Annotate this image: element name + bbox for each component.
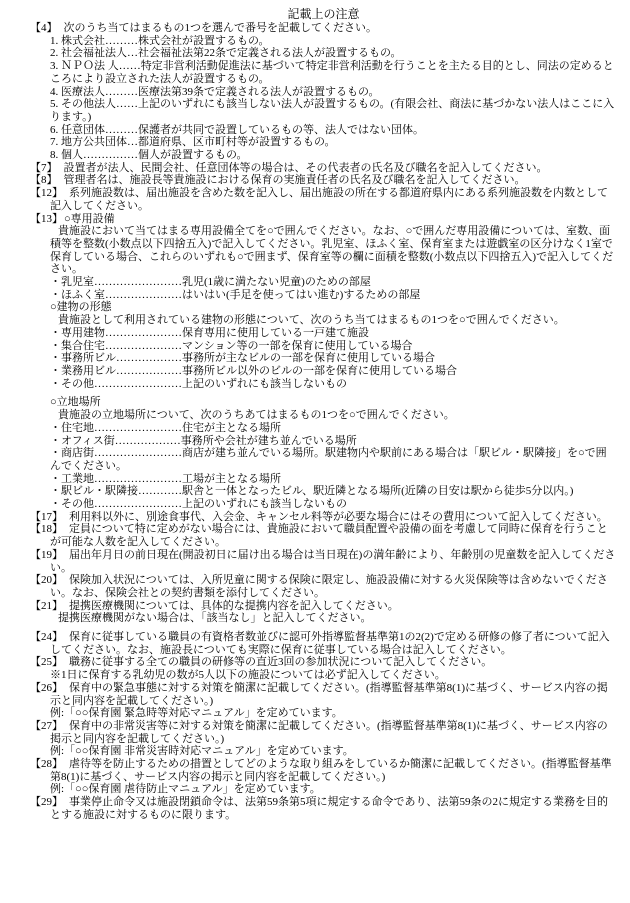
paragraph: ※1日に保育する乳幼児の数が5人以下の施設については必ず記入してください。 <box>50 669 617 682</box>
item-text: 保育中の非常災害等に対する対策を簡潔に記載してください。(指導監督基準第8(1)… <box>50 720 608 745</box>
numbered-item: 【21】提携医療機関については、具体的な提携内容を記入してください。 <box>50 600 617 613</box>
list-line: 6. 任意団体………保護者が共同で設置しているもの等、法人ではない団体。 <box>50 124 617 137</box>
item-text: 貴施設として利用されている建物の形態について、次のうち当てはまるもの1つを○で囲… <box>58 314 565 326</box>
item-text: 保育に従事している職員の有資格者数並びに認可外指導監督基準第1の2(2)で定める… <box>50 631 610 656</box>
item-text: ・住宅地……………………住宅が主となる場所 <box>50 422 281 434</box>
item-text: 事業停止命令又は施設閉鎖命令は、法第59条第5項に規定する命令であり、法第59条… <box>50 796 608 821</box>
item-number: 【20】 <box>30 574 63 586</box>
item-text: 6. 任意団体………保護者が共同で設置しているもの等、法人ではない団体。 <box>50 124 424 136</box>
notes-document-page: 記載上の注意 【4】次のうち当てはまるもの1つを選んで番号を記載してください。1… <box>0 0 630 903</box>
item-text: 次のうち当てはまるもの1つを選んで番号を記載してください。 <box>64 22 378 34</box>
paragraph: 貴施設において当てはまる専用設備全てを○で囲んでください。なお、○で囲んだ専用設… <box>50 225 617 276</box>
item-text: ・駅ビル・駅隣接…………駅舎と一体となったビル、駅近隣となる場所(近隣の目安は駅… <box>50 485 573 497</box>
item-number: 【4】 <box>30 22 58 34</box>
document-body: 【4】次のうち当てはまるもの1つを選んで番号を記載してください。1. 株式会社…… <box>30 22 617 822</box>
list-line: ・ほふく室…………………はいはい(手足を使ってはい進む)するための部屋 <box>50 289 617 302</box>
list-line: ・集合住宅…………………マンション等の一部を保育に使用している場合 <box>50 340 617 353</box>
list-line: ・業務用ビル………………事務所ビル以外のビルの一部を保育に使用している場合 <box>50 365 617 378</box>
item-number: 【21】 <box>30 600 63 612</box>
item-text: ・集合住宅…………………マンション等の一部を保育に使用している場合 <box>50 340 413 352</box>
item-text: ・その他……………………上記のいずれにも該当しないもの <box>50 378 347 390</box>
item-text: ○専用設備 <box>64 213 115 225</box>
item-text: 貴施設の立地場所について、次のうちあてはまるもの1つを○で囲んでください。 <box>58 409 455 421</box>
item-number: 【7】 <box>30 162 58 174</box>
paragraph: 提携医療機関がない場合は、「該当なし」と記入してください。 <box>50 612 617 625</box>
item-text: 8. 個人……………個人が設置するもの。 <box>50 149 248 161</box>
list-line: ・駅ビル・駅隣接…………駅舎と一体となったビル、駅近隣となる場所(近隣の目安は駅… <box>50 485 617 498</box>
item-number: 【17】 <box>30 511 63 523</box>
list-line: ・専用建物…………………保育専用に使用している一戸建て施設 <box>50 327 617 340</box>
list-line: ・その他……………………上記のいずれにも該当しないもの <box>50 498 617 511</box>
item-text: 提携医療機関については、具体的な提携内容を記入してください。 <box>69 600 399 612</box>
numbered-item: 【19】届出年月日の前日現在(開設初日に届け出る場合は当日現在)の満年齢により、… <box>50 549 617 574</box>
item-text: 1. 株式会社………株式会社が設置するもの。 <box>50 35 270 47</box>
numbered-item: 【29】事業停止命令又は施設閉鎖命令は、法第59条第5項に規定する命令であり、法… <box>50 796 617 821</box>
item-text: 提携医療機関がない場合は、「該当なし」と記入してください。 <box>58 612 372 624</box>
numbered-item: 【7】設置者が法人、民間会社、任意団体等の場合は、その代表者の氏名及び職名を記入… <box>50 162 617 175</box>
list-line: ・住宅地……………………住宅が主となる場所 <box>50 422 617 435</box>
item-text: 2. 社会福祉法人…社会福祉法第22条で定義される法人が設置するもの。 <box>50 47 402 59</box>
item-number: 【8】 <box>30 174 58 186</box>
item-text: 虐待等を防止するための措置としてどのような取り組みをしているか簡潔に記載してくだ… <box>50 758 612 783</box>
item-text: ・ほふく室…………………はいはい(手足を使ってはい進む)するための部屋 <box>50 289 420 301</box>
item-text: 例:「○○保育園 非常災害時対応マニュアル」を定めています。 <box>50 745 354 757</box>
item-text: 3. ＮＰＯ法 人……特定非営利活動促進法に基づいて特定非営利活動を行うことを主… <box>50 60 614 85</box>
item-text: 保育中の緊急事態に対する対策を簡潔に記載してください。(指導監督基準第8(1)に… <box>50 682 608 707</box>
numbered-item: 【20】保険加入状況については、入所児童に関する保険に限定し、施設設備に対する火… <box>50 574 617 599</box>
item-text: 例:「○○保育園 虐待防止マニュアル」を定めています。 <box>50 783 321 795</box>
numbered-item: 【12】系列施設数は、届出施設を含めた数を記入し、届出施設の所在する都道府県内に… <box>50 187 617 212</box>
paragraph: 貴施設の立地場所について、次のうちあてはまるもの1つを○で囲んでください。 <box>50 409 617 422</box>
list-line: ・工業地……………………工場が主となる場所 <box>50 473 617 486</box>
page-title: 記載上の注意 <box>30 7 617 21</box>
paragraph: 例:「○○保育園 虐待防止マニュアル」を定めています。 <box>50 783 617 796</box>
numbered-item: 【28】虐待等を防止するための措置としてどのような取り組みをしているか簡潔に記載… <box>50 758 617 783</box>
item-text: 利用料以外に、別途食事代、入会金、キャンセル料等が必要な場合にはその費用について… <box>69 511 608 523</box>
item-text: ・乳児室……………………乳児(1歳に満たない児童)のための部屋 <box>50 276 371 288</box>
paragraph: 例:「○○保育園 非常災害時対応マニュアル」を定めています。 <box>50 745 617 758</box>
paragraph: ○建物の形態 <box>50 301 617 314</box>
list-line: 2. 社会福祉法人…社会福祉法第22条で定義される法人が設置するもの。 <box>50 47 617 60</box>
paragraph: 貴施設として利用されている建物の形態について、次のうち当てはまるもの1つを○で囲… <box>50 314 617 327</box>
item-text: 届出年月日の前日現在(開設初日に届け出る場合は当日現在)の満年齢により、年齢別の… <box>50 549 615 574</box>
item-number: 【24】 <box>30 631 63 643</box>
numbered-item: 【13】○専用設備 <box>50 213 617 226</box>
item-number: 【27】 <box>30 720 63 732</box>
paragraph: ○立地場所 <box>50 396 617 409</box>
item-number: 【26】 <box>30 682 63 694</box>
numbered-item: 【17】利用料以外に、別途食事代、入会金、キャンセル料等が必要な場合にはその費用… <box>50 511 617 524</box>
item-text: ・業務用ビル………………事務所ビル以外のビルの一部を保育に使用している場合 <box>50 365 457 377</box>
item-number: 【29】 <box>30 796 63 808</box>
list-line: ・乳児室……………………乳児(1歳に満たない児童)のための部屋 <box>50 276 617 289</box>
list-line: ・商店街……………………商店が建ち並んでいる場所。駅建物内や駅前にある場合は「駅… <box>50 447 617 472</box>
paragraph: 例:「○○保育園 緊急時等対応マニュアル」を定めています。 <box>50 707 617 720</box>
numbered-item: 【26】保育中の緊急事態に対する対策を簡潔に記載してください。(指導監督基準第8… <box>50 682 617 707</box>
item-text: 7. 地方公共団体…都道府県、区市町村等が設置するもの。 <box>50 136 336 148</box>
numbered-item: 【18】定員について特に定めがない場合には、貴施設において職員配置や設備の面を考… <box>50 523 617 548</box>
item-text: ※1日に保育する乳幼児の数が5人以下の施設については必ず記入してください。 <box>50 669 446 681</box>
item-text: 4. 医療法人………医療法第39条で定義される法人が設置するもの。 <box>50 86 380 98</box>
item-number: 【13】 <box>30 213 63 225</box>
item-text: ・工業地……………………工場が主となる場所 <box>50 473 281 485</box>
item-number: 【19】 <box>30 549 63 561</box>
item-text: 保険加入状況については、入所児童に関する保険に限定し、施設設備に対する火災保険等… <box>50 574 608 599</box>
list-line: 7. 地方公共団体…都道府県、区市町村等が設置するもの。 <box>50 136 617 149</box>
list-line: 8. 個人……………個人が設置するもの。 <box>50 149 617 162</box>
item-text: 例:「○○保育園 緊急時等対応マニュアル」を定めています。 <box>50 707 343 719</box>
item-text: ・その他……………………上記のいずれにも該当しないもの <box>50 498 347 510</box>
numbered-item: 【4】次のうち当てはまるもの1つを選んで番号を記載してください。 <box>50 22 617 35</box>
numbered-item: 【24】保育に従事している職員の有資格者数並びに認可外指導監督基準第1の2(2)… <box>50 631 617 656</box>
numbered-item: 【27】保育中の非常災害等に対する対策を簡潔に記載してください。(指導監督基準第… <box>50 720 617 745</box>
item-text: 系列施設数は、届出施設を含めた数を記入し、届出施設の所在する都道府県内にある系列… <box>50 187 608 212</box>
item-text: 設置者が法人、民間会社、任意団体等の場合は、その代表者の氏名及び職名を記入してく… <box>64 162 548 174</box>
list-line: 5. その他法人……上記のいずれにも該当しない法人が設置するもの。(有限会社、商… <box>50 98 617 123</box>
item-text: ・商店街……………………商店が建ち並んでいる場所。駅建物内や駅前にある場合は「駅… <box>50 447 607 472</box>
item-text: 貴施設において当てはまる専用設備全てを○で囲んでください。なお、○で囲んだ専用設… <box>50 225 613 275</box>
numbered-item: 【25】職務に従事する全ての職員の研修等の直近3回の参加状況について記入してくだ… <box>50 656 617 669</box>
numbered-item: 【8】管理者名は、施設長等貴施設における保育の実施責任者の氏名及び職名を記入して… <box>50 174 617 187</box>
item-text: 管理者名は、施設長等貴施設における保育の実施責任者の氏名及び職名を記入してくださ… <box>64 174 526 186</box>
item-text: 5. その他法人……上記のいずれにも該当しない法人が設置するもの。(有限会社、商… <box>50 98 614 123</box>
item-text: 職務に従事する全ての職員の研修等の直近3回の参加状況について記入してください。 <box>69 656 492 668</box>
list-line: ・事務所ビル………………事務所が主なビルの一部を保育に使用している場合 <box>50 352 617 365</box>
item-text: ○立地場所 <box>50 396 101 408</box>
item-number: 【28】 <box>30 758 63 770</box>
list-line: 3. ＮＰＯ法 人……特定非営利活動促進法に基づいて特定非営利活動を行うことを主… <box>50 60 617 85</box>
item-number: 【18】 <box>30 523 63 535</box>
item-text: ○建物の形態 <box>50 301 112 313</box>
item-text: 定員について特に定めがない場合には、貴施設において職員配置や設備の面を考慮して同… <box>50 523 608 548</box>
item-text: ・専用建物…………………保育専用に使用している一戸建て施設 <box>50 327 369 339</box>
item-text: ・事務所ビル………………事務所が主なビルの一部を保育に使用している場合 <box>50 352 435 364</box>
list-line: ・その他……………………上記のいずれにも該当しないもの <box>50 378 617 391</box>
list-line: 4. 医療法人………医療法第39条で定義される法人が設置するもの。 <box>50 86 617 99</box>
item-number: 【12】 <box>30 187 63 199</box>
list-line: 1. 株式会社………株式会社が設置するもの。 <box>50 35 617 48</box>
item-number: 【25】 <box>30 656 63 668</box>
list-line: ・オフィス街………………事務所や会社が建ち並んでいる場所 <box>50 435 617 448</box>
item-text: ・オフィス街………………事務所や会社が建ち並んでいる場所 <box>50 435 357 447</box>
